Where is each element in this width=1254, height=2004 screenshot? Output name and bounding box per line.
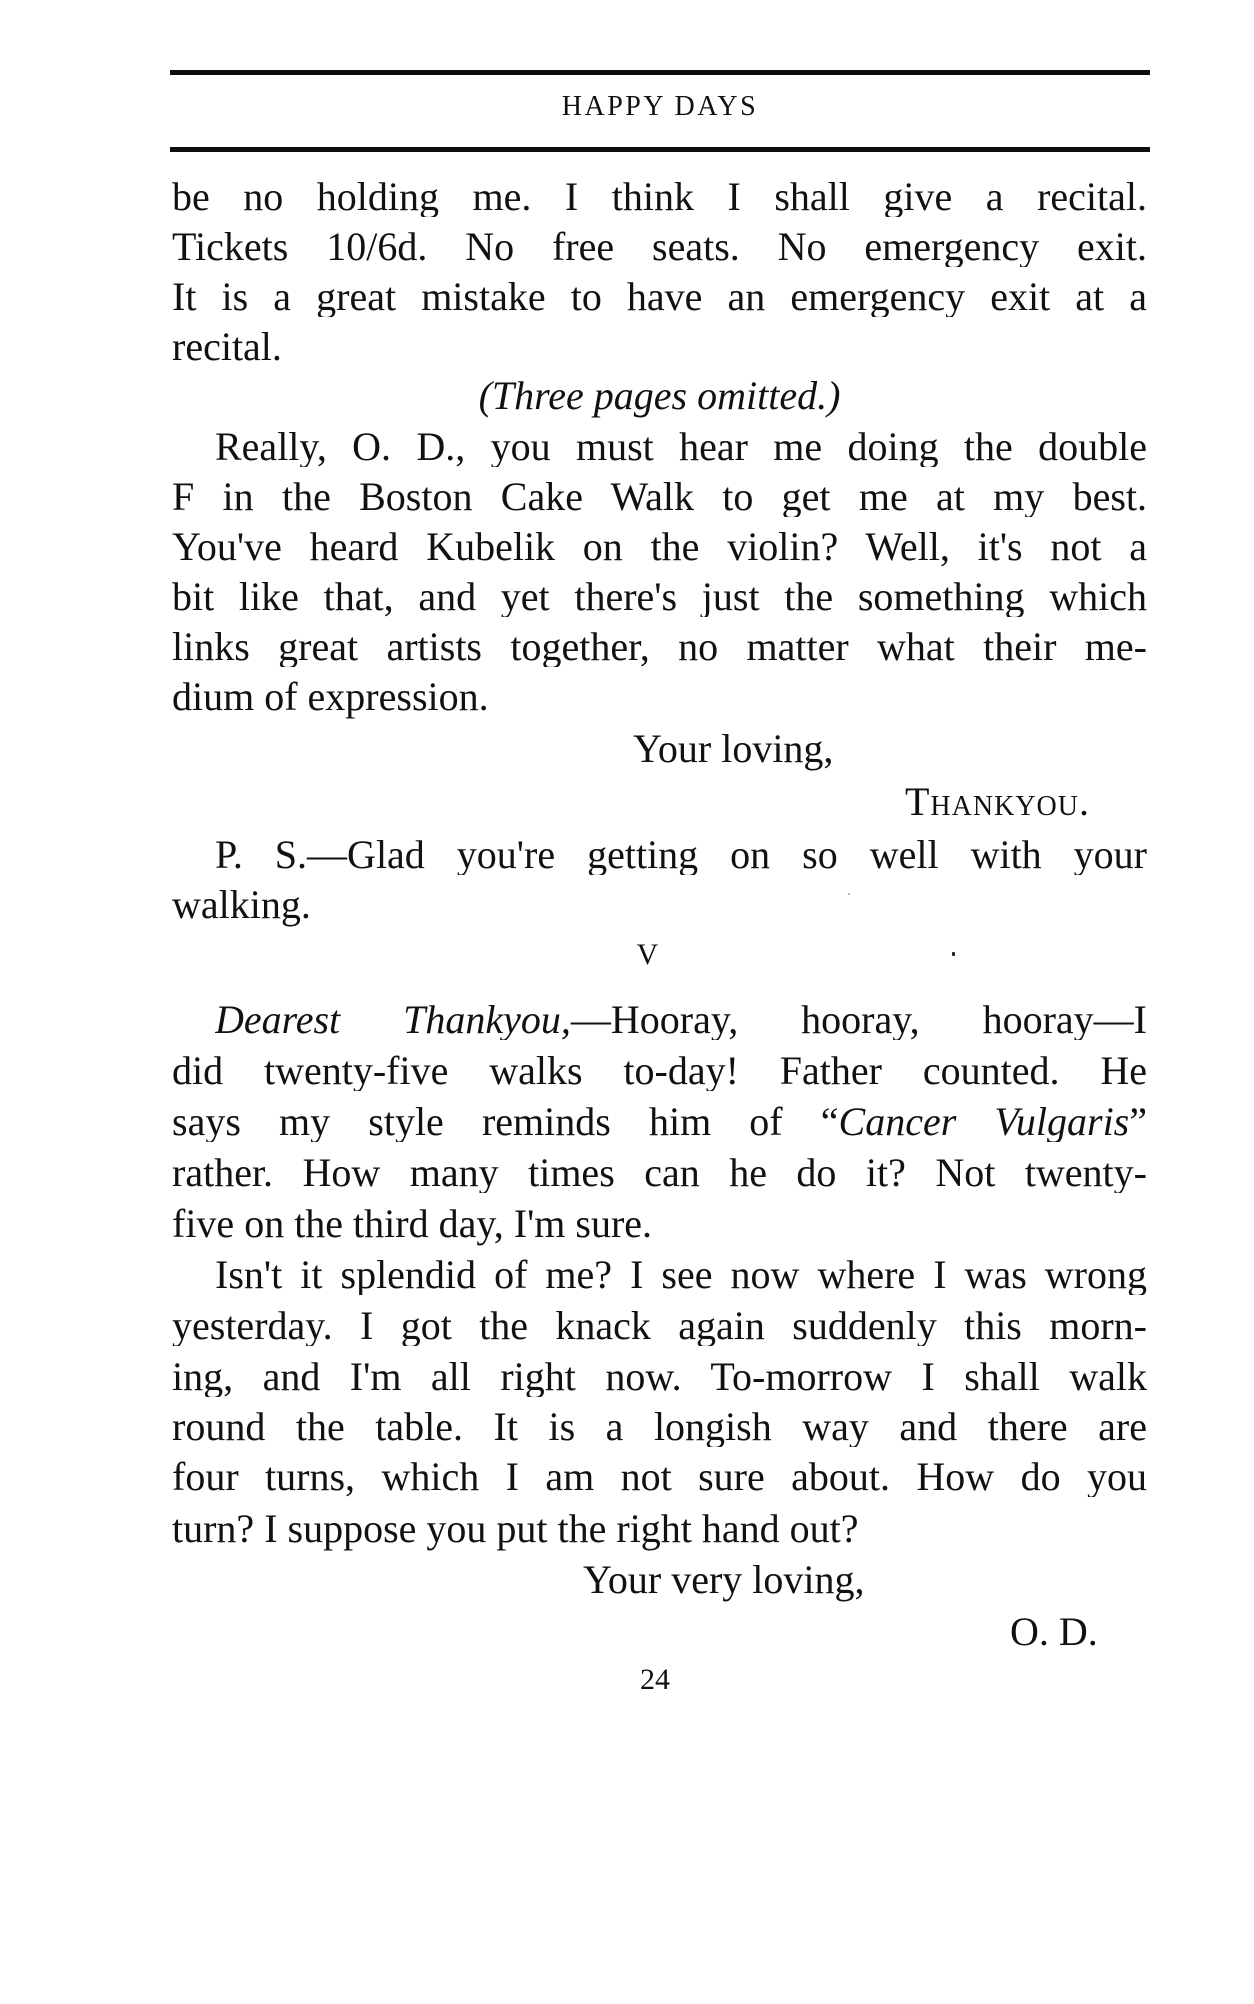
header-top-rule	[170, 70, 1150, 75]
text-line: says my style reminds him of “Cancer Vul…	[172, 1102, 1147, 1142]
salutation-line: Dearest Thankyou,—Hooray, hooray, hooray…	[215, 1000, 1147, 1040]
text-line: Really, O. D., you must hear me doing th…	[215, 427, 1147, 467]
signature-od: O. D.	[1010, 1612, 1098, 1652]
running-title: HAPPY DAYS	[170, 93, 1150, 121]
header-bottom-rule	[170, 147, 1150, 152]
print-speck	[848, 893, 850, 895]
text-line: round the table. It is a longish way and…	[172, 1407, 1147, 1447]
text-line: links great artists together, no matter …	[172, 627, 1147, 667]
text-line: four turns, which I am not sure about. H…	[172, 1457, 1147, 1497]
closing-line: Your loving,	[633, 729, 833, 769]
text-line: be no holding me. I think I shall give a…	[172, 177, 1147, 217]
text-line: five on the third day, I'm sure.	[172, 1204, 1147, 1244]
text-line: You've heard Kubelik on the violin? Well…	[172, 527, 1147, 567]
text-line: did twenty-five walks to-day! Father cou…	[172, 1051, 1147, 1091]
omission-note: (Three pages omitted.)	[172, 376, 1147, 416]
text-line: yesterday. I got the knack again suddenl…	[172, 1306, 1147, 1346]
text-line: bit like that, and yet there's just the …	[172, 577, 1147, 617]
text-fragment: ”	[1129, 1102, 1147, 1142]
text-line: Isn't it splendid of me? I see now where…	[215, 1255, 1147, 1295]
text-line: F in the Boston Cake Walk to get me at m…	[172, 477, 1147, 517]
salutation-rest: —Hooray, hooray, hooray—I	[571, 1000, 1147, 1040]
page-number: 24	[640, 1665, 670, 1695]
text-line: It is a great mistake to have an emergen…	[172, 277, 1147, 317]
section-numeral: V	[560, 940, 735, 970]
closing-line: Your very loving,	[583, 1560, 865, 1600]
text-line: rather. How many times can he do it? Not…	[172, 1153, 1147, 1193]
text-line: ing, and I'm all right now. To-morrow I …	[172, 1357, 1147, 1397]
text-line: recital.	[172, 327, 1147, 367]
text-fragment: says my style reminds him of “	[172, 1102, 839, 1142]
text-line: dium of expression.	[172, 677, 1147, 717]
signature-thankyou: Thankyou.	[905, 782, 1090, 822]
text-line: Tickets 10/6d. No free seats. No emergen…	[172, 227, 1147, 267]
salutation: Dearest Thankyou,	[215, 1000, 571, 1040]
postscript-line: walking.	[172, 885, 1147, 925]
print-speck	[952, 952, 955, 956]
postscript-line: P. S.—Glad you're getting on so well wit…	[215, 835, 1147, 875]
italic-phrase: Cancer Vulgaris	[839, 1102, 1130, 1142]
text-line: turn? I suppose you put the right hand o…	[172, 1509, 1147, 1549]
